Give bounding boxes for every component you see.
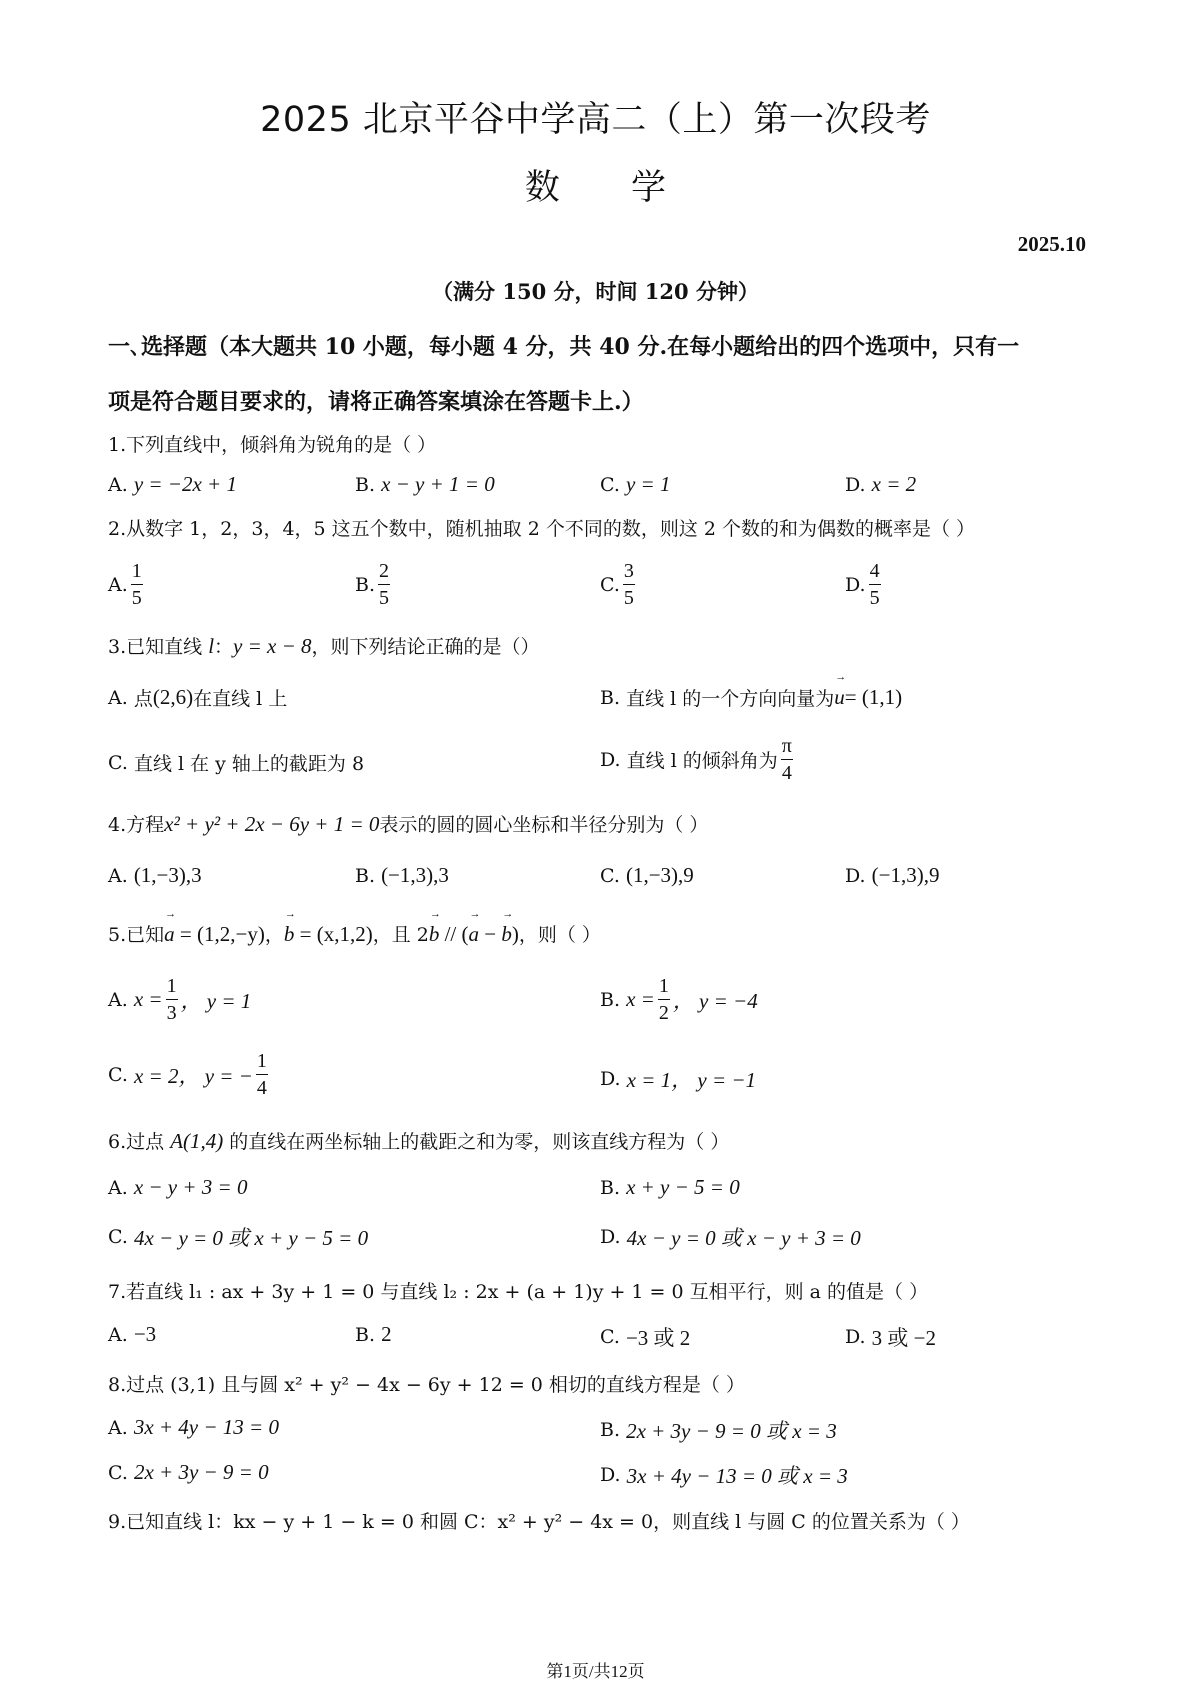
- q2-option-a[interactable]: A.15: [108, 560, 146, 609]
- q5-option-b[interactable]: B. x =12， y = −4: [600, 975, 758, 1024]
- vector-a: a: [164, 922, 175, 947]
- q6-option-d[interactable]: D. 4x − y = 0 或 x − y + 3 = 0: [600, 1222, 861, 1252]
- q1-option-b[interactable]: B. x − y + 1 = 0: [355, 472, 495, 497]
- q6-option-b[interactable]: B. x + y − 5 = 0: [600, 1175, 740, 1200]
- q4-option-a[interactable]: A. (1,−3),3: [108, 863, 202, 888]
- q6-option-c[interactable]: C. 4x − y = 0 或 x + y − 5 = 0: [108, 1222, 368, 1252]
- q5-option-c[interactable]: C. x = 2， y = −14: [108, 1050, 271, 1099]
- question-2: 2.从数字 1，2，3，4，5 这五个数中，随机抽取 2 个不同的数，则这 2 …: [108, 514, 975, 541]
- q5-option-d[interactable]: D. x = 1， y = −1: [600, 1064, 756, 1094]
- q8-option-d[interactable]: D. 3x + 4y − 13 = 0 或 x = 3: [600, 1460, 848, 1490]
- score-time-info: （满分 150 分，时间 120 分钟）: [0, 276, 1191, 306]
- q7-option-c[interactable]: C. −3 或 2: [600, 1322, 690, 1352]
- vector-b: b: [284, 922, 295, 947]
- question-stem: 从数字 1，2，3，4，5 这五个数中，随机抽取 2 个不同的数，则这 2 个数…: [126, 518, 975, 540]
- exam-title: 2025 北京平谷中学高二（上）第一次段考: [0, 92, 1191, 142]
- q2-option-d[interactable]: D.45: [845, 560, 884, 609]
- q5-option-a[interactable]: A. x =13， y = 1: [108, 975, 251, 1024]
- question-6: 6.过点 A(1,4) 的直线在两坐标轴上的截距之和为零，则该直线方程为（ ）: [108, 1127, 729, 1154]
- question-4: 4.方程x² + y² + 2x − 6y + 1 = 0表示的圆的圆心坐标和半…: [108, 810, 708, 837]
- fraction: 15: [131, 560, 143, 609]
- question-number: 2.: [108, 518, 126, 540]
- question-7: 7.若直线 l₁ : ax + 3y + 1 = 0 与直线 l₂ : 2x +…: [108, 1277, 928, 1304]
- page-number: 第1页/共12页: [0, 1657, 1191, 1682]
- question-9: 9.已知直线 l：kx − y + 1 − k = 0 和圆 C：x² + y²…: [108, 1507, 970, 1534]
- q2-option-b[interactable]: B.25: [355, 560, 393, 609]
- q4-option-c[interactable]: C. (1,−3),9: [600, 863, 694, 888]
- question-number: 1.: [108, 434, 126, 456]
- q4-option-b[interactable]: B. (−1,3),3: [355, 863, 449, 888]
- q7-option-b[interactable]: B. 2: [355, 1322, 392, 1347]
- fraction: π4: [781, 735, 793, 784]
- section-heading-line1: 一､选择题（本大题共 10 小题，每小题 4 分，共 40 分.在每小题给出的四…: [108, 330, 1019, 361]
- question-stem: 下列直线中，倾斜角为锐角的是（ ）: [126, 434, 436, 456]
- vector-u: u: [834, 685, 845, 710]
- question-5: 5.已知a = (1,2,−y)，b = (x,1,2)，且 2b // (a …: [108, 920, 601, 947]
- q3-option-d[interactable]: D. 直线 l 的倾斜角为π4: [600, 735, 796, 784]
- q6-option-a[interactable]: A. x − y + 3 = 0: [108, 1175, 247, 1200]
- question-1: 1.下列直线中，倾斜角为锐角的是（ ）: [108, 430, 436, 457]
- fraction: 25: [378, 560, 390, 609]
- q1-option-d[interactable]: D. x = 2: [845, 472, 916, 497]
- q1-option-a[interactable]: A. y = −2x + 1: [108, 472, 237, 497]
- exam-subject: 数 学: [0, 160, 1191, 210]
- q1-option-c[interactable]: C. y = 1: [600, 472, 670, 497]
- q3-option-c[interactable]: C. 直线 l 在 y 轴上的截距为 8: [108, 749, 364, 776]
- q2-option-c[interactable]: C.35: [600, 560, 638, 609]
- exam-date: 2025.10: [1018, 232, 1086, 257]
- q4-option-d[interactable]: D. (−1,3),9: [845, 863, 940, 888]
- fraction: 45: [869, 560, 881, 609]
- question-8: 8.过点 (3,1) 且与圆 x² + y² − 4x − 6y + 12 = …: [108, 1370, 745, 1397]
- q7-option-d[interactable]: D. 3 或 −2: [845, 1322, 936, 1352]
- q7-option-a[interactable]: A. −3: [108, 1322, 156, 1347]
- fraction: 35: [623, 560, 635, 609]
- question-3: 3.已知直线 l：y = x − 8，则下列结论正确的是（）: [108, 632, 540, 659]
- q8-option-b[interactable]: B. 2x + 3y − 9 = 0 或 x = 3: [600, 1415, 837, 1445]
- q8-option-c[interactable]: C. 2x + 3y − 9 = 0: [108, 1460, 269, 1485]
- section-heading-line2: 项是符合题目要求的，请将正确答案填涂在答题卡上.）: [108, 385, 644, 416]
- q3-option-a[interactable]: A. 点(2,6)在直线 l 上: [108, 684, 287, 711]
- q3-option-b[interactable]: B. 直线 l 的一个方向向量为u = (1,1): [600, 684, 902, 711]
- q8-option-a[interactable]: A. 3x + 4y − 13 = 0: [108, 1415, 279, 1440]
